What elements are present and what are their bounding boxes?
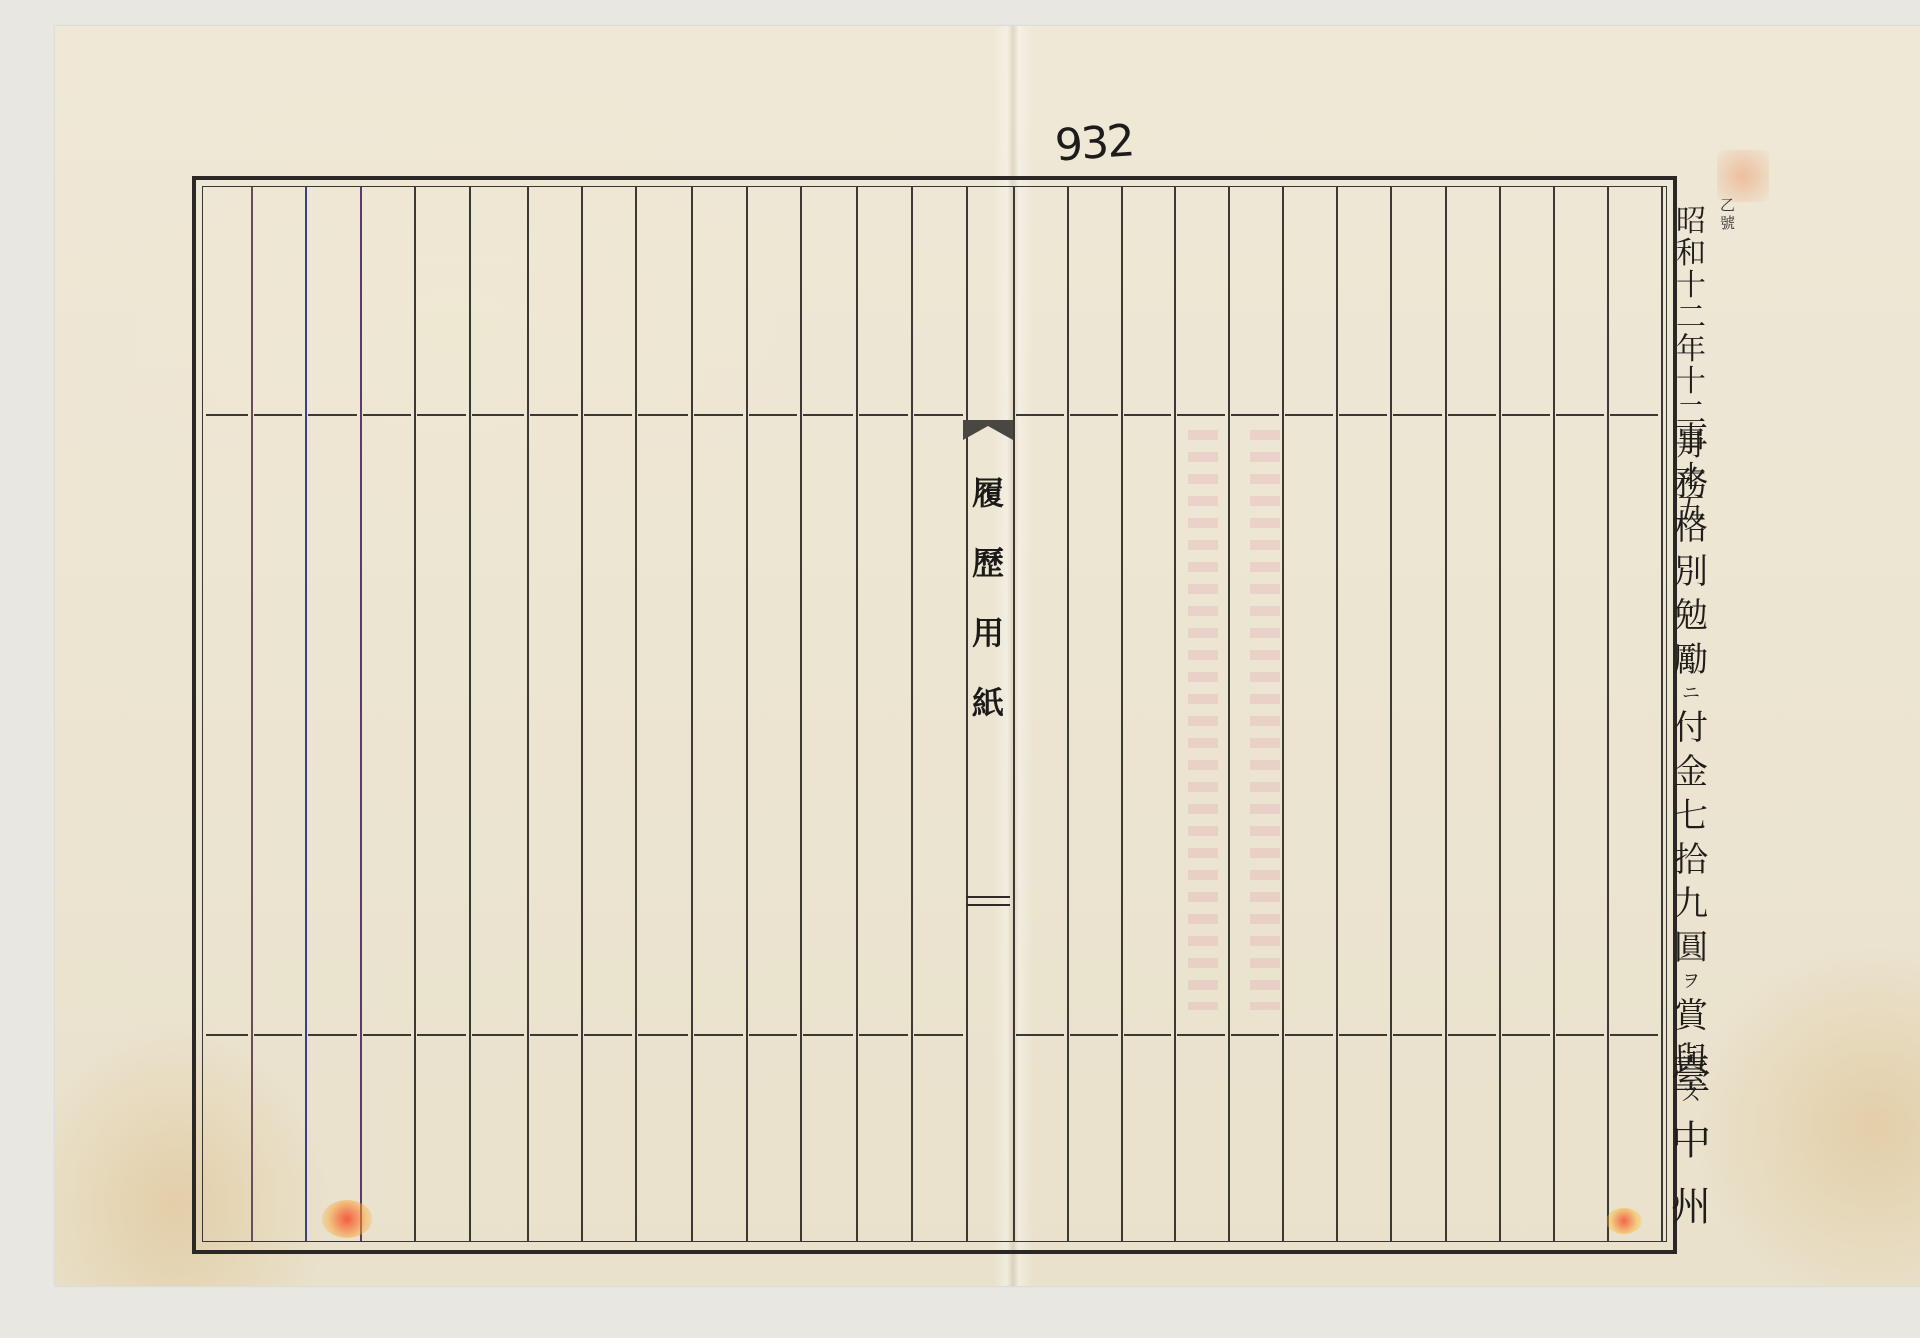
row-rule [1070,1034,1118,1036]
row-rule [472,414,524,416]
row-rule [749,414,797,416]
row-rule [254,1034,302,1036]
column-rule [746,187,748,1241]
desc-char: 圓 [1674,926,1708,970]
desc-char: 拾 [1674,838,1708,882]
row-rule [1070,414,1118,416]
column-rule [527,187,529,1241]
column-rule [305,187,307,1241]
row-rule [584,1034,632,1036]
form-type-char: 乙 [1720,196,1735,214]
row-rule [1124,414,1171,416]
row-rule [1610,414,1658,416]
row-rule [363,414,411,416]
issuer-char: 中 [1671,1108,1711,1174]
row-rule [254,414,302,416]
row-rule [1448,1034,1496,1036]
entry-issuer: 臺 中 州 [1664,1042,1718,1240]
row-rule [914,414,963,416]
row-rule [206,1034,248,1036]
row-rule [530,1034,578,1036]
column-rule [1013,187,1015,1241]
row-rule [1339,414,1387,416]
row-rule [1177,414,1225,416]
row-rule [1448,414,1496,416]
column-rule [1661,187,1663,1241]
form-title-char: 紙 [972,668,1004,738]
row-rule [308,1034,357,1036]
date-char: 和 [1676,238,1706,270]
desc-char: 格 [1674,506,1708,550]
column-rule [1390,187,1392,1241]
red-stain [322,1200,372,1238]
form-type-label: 乙 號 [1720,196,1735,232]
row-rule [1339,1034,1387,1036]
desc-char: 賞 [1674,994,1708,1038]
desc-char: 付 [1674,706,1708,750]
title-ribbon-icon [963,420,1013,440]
row-rule [1393,414,1442,416]
row-rule [1231,414,1279,416]
row-rule [859,1034,908,1036]
row-rule [694,414,743,416]
column-rule [691,187,693,1241]
row-rule [530,414,578,416]
column-rule [1282,187,1284,1241]
row-rule [472,1034,524,1036]
entry-description: 事 務 格 別 勉 勵 ニ 付 金 七 拾 九 圓 ヲ 賞 與 ス [1664,418,1718,1106]
form-title: 履 歷 用 紙 [963,420,1013,738]
column-rule [469,187,471,1241]
desc-char: 九 [1674,882,1708,926]
date-char: 十 [1676,270,1706,302]
row-rule [914,1034,963,1036]
row-rule [417,1034,466,1036]
row-rule [1285,1034,1333,1036]
column-rule [360,187,362,1241]
column-rule [856,187,858,1241]
archive-number: 932 [1053,115,1134,171]
column-rule [1553,187,1555,1241]
column-rule [1499,187,1501,1241]
column-rule [800,187,802,1241]
desc-char: ニ [1682,682,1700,706]
date-char: 二 [1676,302,1706,334]
faded-stamp-trace [1188,430,1218,1010]
row-rule [584,414,632,416]
faded-stamp-trace [1250,430,1280,1010]
row-rule [1124,1034,1171,1036]
row-rule [749,1034,797,1036]
column-rule [414,187,416,1241]
column-rule [911,187,913,1241]
row-rule [638,414,688,416]
page-mark [966,896,1010,912]
row-rule [1502,414,1550,416]
row-rule [206,414,248,416]
column-rule [1121,187,1123,1241]
row-rule [638,1034,688,1036]
row-rule [1393,1034,1442,1036]
date-char: 年 [1676,334,1706,366]
desc-char: 勉 [1674,594,1708,638]
ruled-columns [203,187,1666,1241]
form-type-char: 號 [1720,214,1735,232]
row-rule [859,414,908,416]
row-rule [363,1034,411,1036]
red-stain [1606,1208,1642,1234]
issuer-char: 州 [1671,1174,1711,1240]
column-rule [251,187,253,1241]
desc-char: 勵 [1674,638,1708,682]
row-rule [1502,1034,1550,1036]
red-seal-stamp [1717,150,1769,202]
row-rule [417,414,466,416]
row-rule [308,414,357,416]
form-title-char: 用 [972,598,1004,668]
column-rule [1228,187,1230,1241]
date-char: 十 [1676,366,1706,398]
column-rule [1067,187,1069,1241]
desc-char: ヲ [1682,970,1700,994]
column-rule [1174,187,1176,1241]
row-rule [803,414,853,416]
row-rule [1285,414,1333,416]
desc-char: 七 [1674,794,1708,838]
column-rule [635,187,637,1241]
desc-char: 事 [1674,418,1708,462]
row-rule [694,1034,743,1036]
column-rule [581,187,583,1241]
desc-char: 金 [1674,750,1708,794]
desc-char: 務 [1674,462,1708,506]
column-rule [1607,187,1609,1241]
issuer-char: 臺 [1671,1042,1711,1108]
form-grid [202,186,1667,1242]
row-rule [1016,1034,1064,1036]
row-rule [1556,1034,1604,1036]
date-char: 昭 [1676,206,1706,238]
column-rule [1336,187,1338,1241]
form-title-char: 履 [972,458,1004,528]
row-rule [1231,1034,1279,1036]
row-rule [1016,414,1064,416]
desc-char: 別 [1674,550,1708,594]
row-rule [1610,1034,1658,1036]
column-rule [1445,187,1447,1241]
row-rule [803,1034,853,1036]
row-rule [1177,1034,1225,1036]
row-rule [1556,414,1604,416]
form-title-char: 歷 [972,528,1004,598]
